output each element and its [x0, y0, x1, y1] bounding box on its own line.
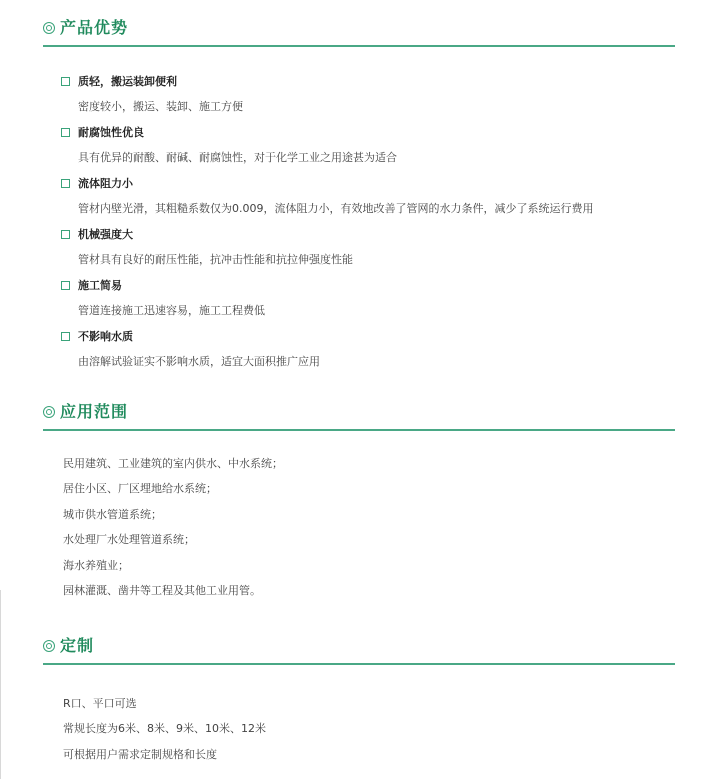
section-customization: 定制 R口、平口可选 常规长度为6米、8米、9米、10米、12米 可根据用户需求… [43, 632, 675, 772]
section-application-scope: 应用范围 民用建筑、工业建筑的室内供水、中水系统； 居住小区、厂区埋地给水系统；… [43, 398, 675, 608]
feature-title: 不影响水质 [78, 330, 133, 343]
custom-line: R口、平口可选 [63, 697, 137, 711]
section-header: 产品优势 [43, 14, 675, 44]
double-circle-icon [43, 22, 55, 34]
double-circle-icon [43, 406, 55, 418]
checkbox-square-icon [61, 281, 70, 290]
section-product-advantages: 产品优势 质轻，搬运装卸便利 密度较小，搬运、装卸、施工方便 耐腐蚀性优良 具有… [43, 14, 675, 374]
scope-line: 海水养殖业； [63, 559, 129, 573]
section-divider [43, 663, 675, 665]
scope-line: 园林灌溉、凿井等工程及其他工业用管。 [63, 584, 261, 598]
feature-desc: 具有优异的耐酸、耐碱、耐腐蚀性，对于化学工业之用途甚为适合 [78, 151, 397, 165]
checkbox-square-icon [61, 332, 70, 341]
section-divider [43, 45, 675, 47]
section-divider [43, 429, 675, 431]
feature-desc: 管材具有良好的耐压性能，抗冲击性能和抗拉伸强度性能 [78, 253, 353, 267]
checkbox-square-icon [61, 77, 70, 86]
section-title: 产品优势 [60, 14, 128, 42]
scope-line: 民用建筑、工业建筑的室内供水、中水系统； [63, 457, 283, 471]
checkbox-square-icon [61, 230, 70, 239]
feature-title: 耐腐蚀性优良 [78, 126, 144, 139]
feature-desc: 管道连接施工迅速容易，施工工程费低 [78, 304, 265, 318]
feature-desc: 由溶解试验证实不影响水质，适宜大面积推广应用 [78, 355, 320, 369]
double-circle-icon [43, 640, 55, 652]
custom-line: 可根据用户需求定制规格和长度 [63, 748, 217, 762]
feature-title: 流体阻力小 [78, 177, 133, 190]
section-title: 定制 [60, 632, 94, 660]
left-border [0, 590, 1, 779]
scope-line: 居住小区、厂区埋地给水系统； [63, 482, 217, 496]
custom-line: 常规长度为6米、8米、9米、10米、12米 [63, 722, 266, 736]
scope-line: 城市供水管道系统； [63, 508, 162, 522]
section-header: 定制 [43, 632, 675, 662]
feature-title: 施工简易 [78, 279, 122, 292]
feature-title: 质轻，搬运装卸便利 [78, 75, 177, 88]
section-header: 应用范围 [43, 398, 675, 428]
feature-title: 机械强度大 [78, 228, 133, 241]
checkbox-square-icon [61, 128, 70, 137]
feature-desc: 管材内壁光滑，其粗糙系数仅为0.009，流体阻力小，有效地改善了管网的水力条件，… [78, 202, 594, 216]
section-title: 应用范围 [60, 398, 128, 426]
checkbox-square-icon [61, 179, 70, 188]
feature-desc: 密度较小，搬运、装卸、施工方便 [78, 100, 243, 114]
scope-line: 水处理厂水处理管道系统； [63, 533, 195, 547]
